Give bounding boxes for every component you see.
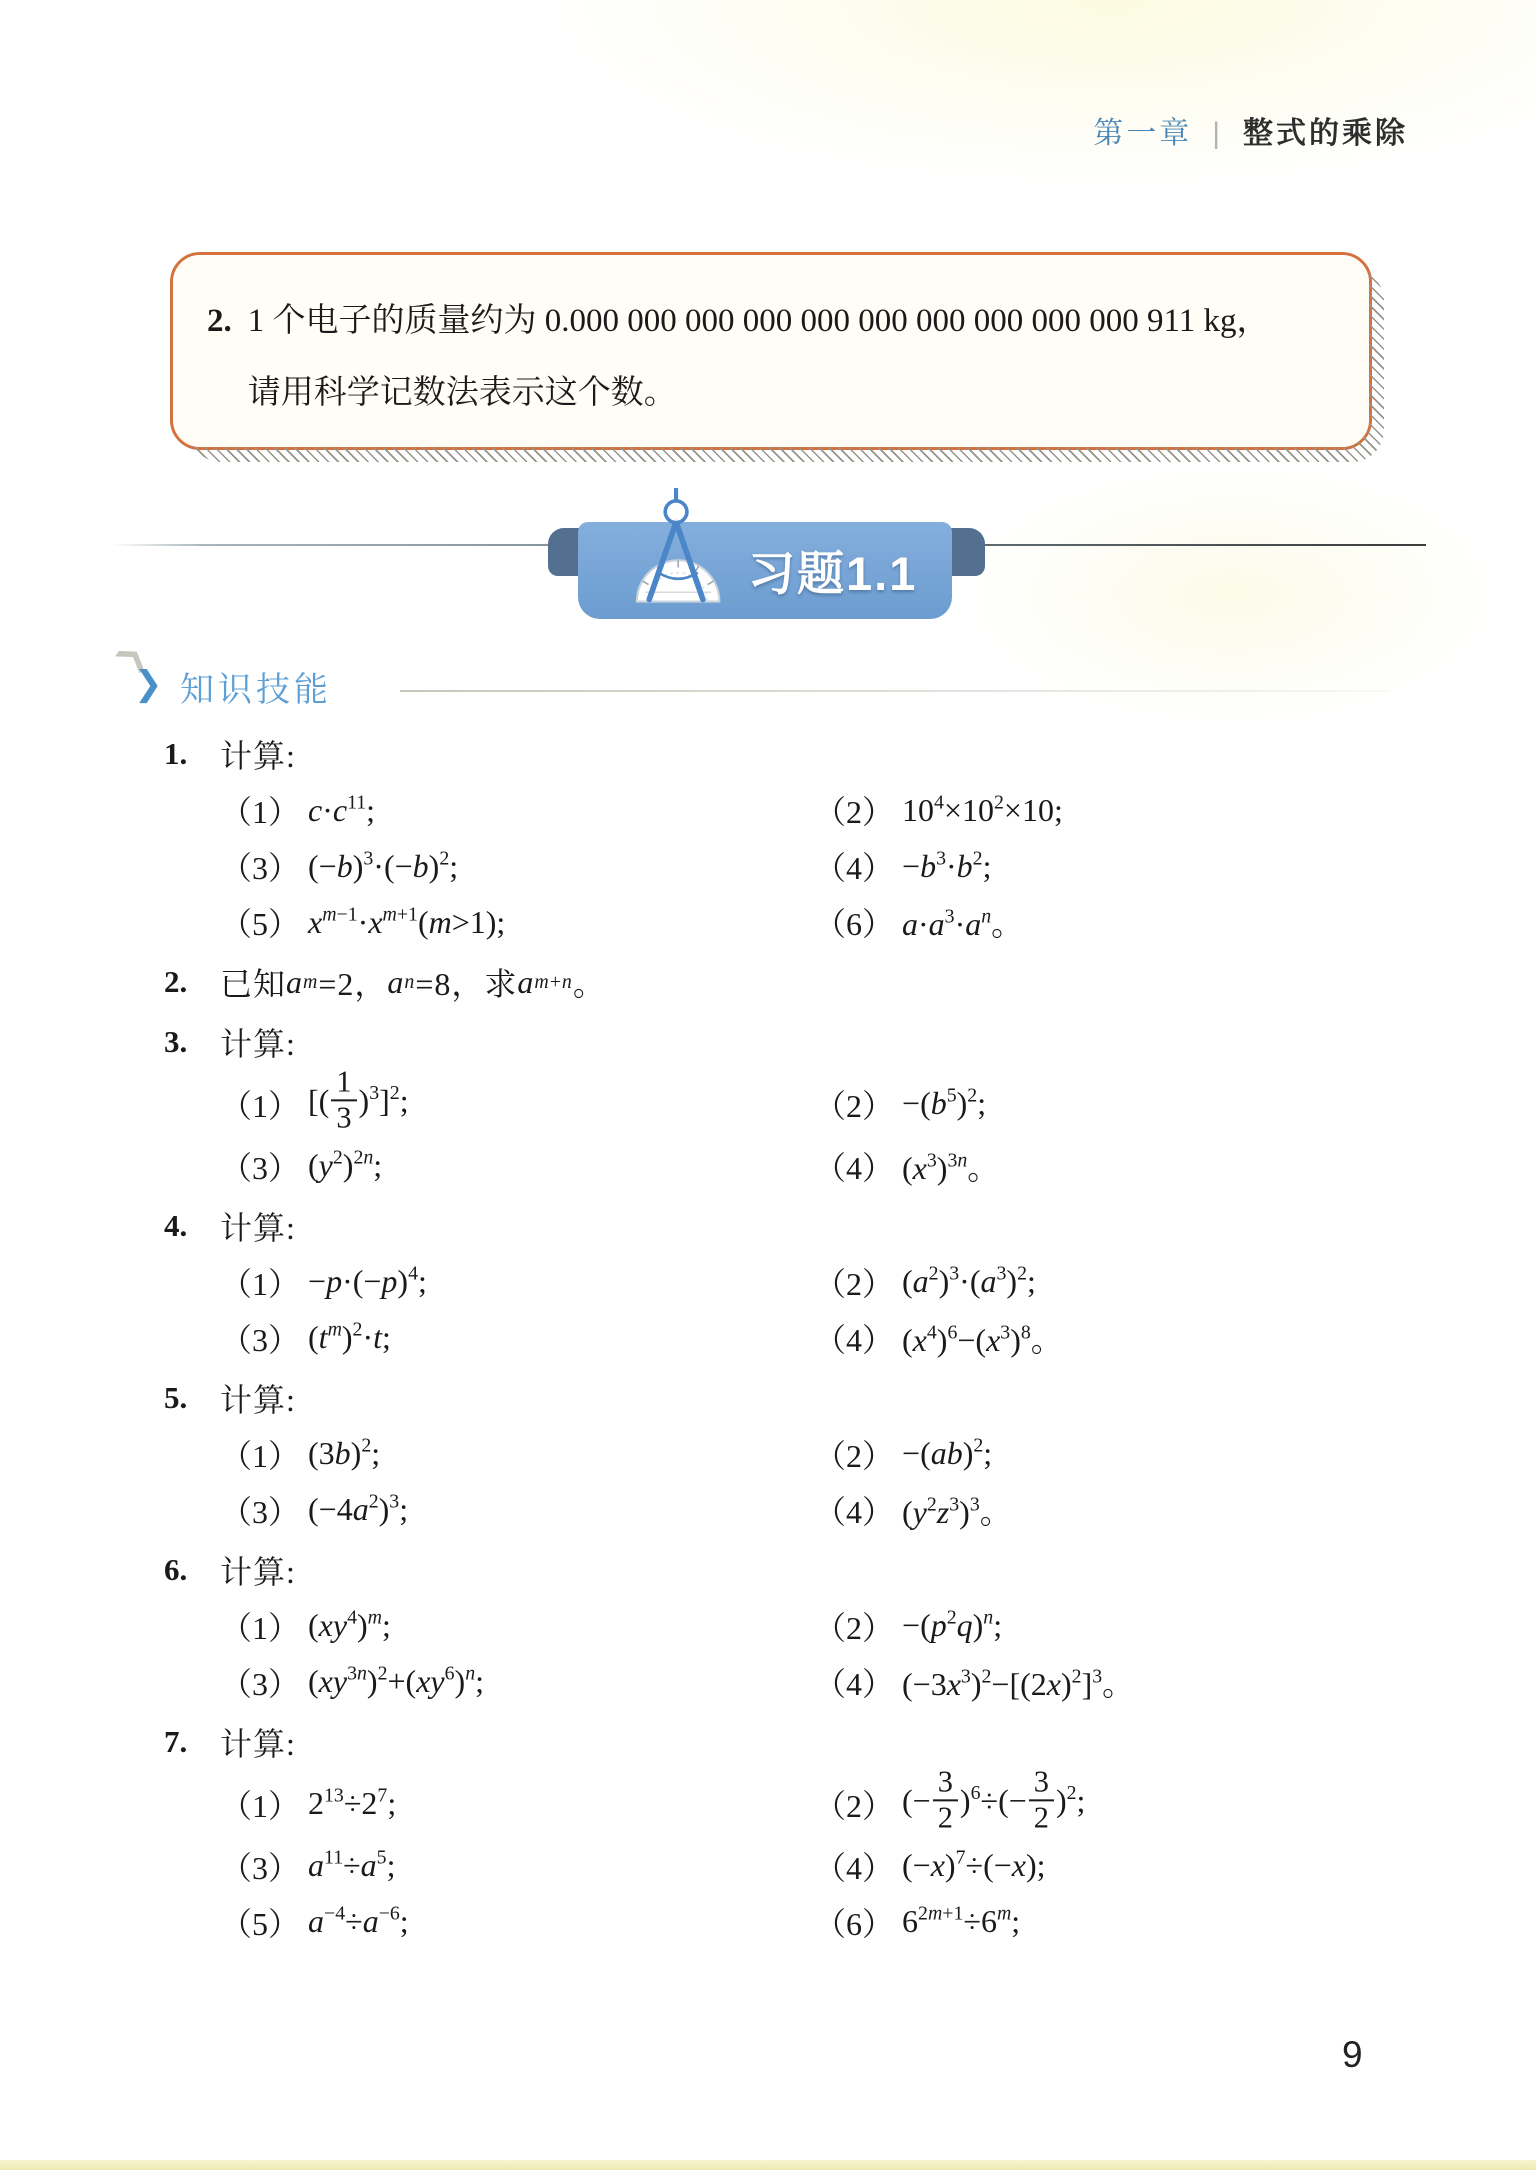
problem-item: （2）104×102×10; xyxy=(814,782,1440,838)
problem-number: 5. xyxy=(164,1370,220,1538)
problem-number: 4. xyxy=(164,1198,220,1366)
item-expression: xm−1·xm+1(m>1); xyxy=(308,904,505,941)
item-number: （6） xyxy=(814,1899,894,1945)
problem-item: （4）(y2z3)3。 xyxy=(814,1482,1440,1538)
item-expression: −(p2q)n; xyxy=(902,1607,1002,1644)
problem-box-text: 1 个电子的质量约为 0.000 000 000 000 000 000 000… xyxy=(248,285,1270,447)
problem-stem: 已知 am=2，an=8，求 am+n。 xyxy=(220,954,1440,1010)
problem-item: （1）c·c11; xyxy=(220,782,814,838)
problem-7: 7.计算:（1）213÷27;（2）(−32)6÷(−32)2;（3）a11÷a… xyxy=(164,1714,1440,1950)
item-expression: (tm)2·t; xyxy=(308,1319,391,1356)
problem-item: （4）(x4)6−(x3)8。 xyxy=(814,1310,1440,1366)
problem-item: （3）a11÷a5; xyxy=(220,1838,814,1894)
item-expression: a11÷a5; xyxy=(308,1847,395,1884)
problem-item: （2）−(ab)2; xyxy=(814,1426,1440,1482)
problem-body: 计算:（1）[(13)3]2;（2）−(b5)2;（3）(y2)2n;（4）(x… xyxy=(220,1014,1440,1194)
item-number: （1） xyxy=(220,1603,300,1649)
problems-list: 1.计算:（1）c·c11;（2）104×102×10;（3）(−b)3·(−b… xyxy=(164,726,1440,1954)
problem-item: （1）213÷27; xyxy=(220,1770,814,1838)
problem-item: （3）(−b)3·(−b)2; xyxy=(220,838,814,894)
item-number: （4） xyxy=(814,1143,894,1189)
problem-item: （2）(−32)6÷(−32)2; xyxy=(814,1770,1440,1838)
exercise-banner: 习题1.1 xyxy=(0,468,1536,653)
problem-stem: 计算: xyxy=(220,1542,1440,1598)
item-expression: (−32)6÷(−32)2; xyxy=(902,1770,1085,1838)
problem-stem: 计算: xyxy=(220,1014,1440,1070)
section-title: 知识技能 xyxy=(180,662,332,711)
problem-body: 计算:（1）213÷27;（2）(−32)6÷(−32)2;（3）a11÷a5;… xyxy=(220,1714,1440,1950)
problem-box-line2: 请用科学记数法表示这个数。 xyxy=(248,357,1270,429)
problem-item: （2）(a2)3·(a3)2; xyxy=(814,1254,1440,1310)
problem-item: （1）(xy4)m; xyxy=(220,1598,814,1654)
item-expression: 104×102×10; xyxy=(902,792,1063,829)
page-bottom-edge xyxy=(0,2160,1536,2170)
item-expression: 62m+1÷6m; xyxy=(902,1903,1020,1940)
item-number: （1） xyxy=(220,1781,300,1827)
problem-number: 7. xyxy=(164,1714,220,1950)
problem-number: 6. xyxy=(164,1542,220,1710)
problem-stem: 计算: xyxy=(220,1714,1440,1770)
problem-item: （3）(−4a2)3; xyxy=(220,1482,814,1538)
problem-5: 5.计算:（1）(3b)2;（2）−(ab)2;（3）(−4a2)3;（4）(y… xyxy=(164,1370,1440,1538)
problem-item: （2）−(b5)2; xyxy=(814,1070,1440,1138)
item-expression: (−3x3)2−[(2x)2]3。 xyxy=(902,1659,1134,1705)
problem-items: （1）c·c11;（2）104×102×10;（3）(−b)3·(−b)2;（4… xyxy=(220,782,1440,950)
problem-item: （3）(tm)2·t; xyxy=(220,1310,814,1366)
page-number: 9 xyxy=(1342,2034,1363,2076)
problem-body: 计算:（1）(3b)2;（2）−(ab)2;（3）(−4a2)3;（4）(y2z… xyxy=(220,1370,1440,1538)
item-number: （3） xyxy=(220,1659,300,1705)
item-expression: (−4a2)3; xyxy=(308,1491,408,1528)
item-expression: (a2)3·(a3)2; xyxy=(902,1263,1036,1300)
problem-item: （3）(xy3n)2+(xy6)n; xyxy=(220,1654,814,1710)
item-number: （2） xyxy=(814,1081,894,1127)
problem-item: （5）xm−1·xm+1(m>1); xyxy=(220,894,814,950)
item-expression: (x3)3n。 xyxy=(902,1143,999,1189)
problem-item: （5）a−4÷a−6; xyxy=(220,1894,814,1950)
problem-items: （1）(xy4)m;（2）−(p2q)n;（3）(xy3n)2+(xy6)n;（… xyxy=(220,1598,1440,1710)
item-expression: 213÷27; xyxy=(308,1785,396,1822)
item-expression: (−x)7÷(−x); xyxy=(902,1847,1046,1884)
item-number: （2） xyxy=(814,1781,894,1827)
problem-box-number: 2. xyxy=(207,285,232,447)
problem-stem: 计算: xyxy=(220,1198,1440,1254)
problem-items: （1）(3b)2;（2）−(ab)2;（3）(−4a2)3;（4）(y2z3)3… xyxy=(220,1426,1440,1538)
item-expression: (x4)6−(x3)8。 xyxy=(902,1315,1063,1361)
chapter-number: 第一章 xyxy=(1093,117,1192,150)
item-expression: [(13)3]2; xyxy=(308,1070,409,1138)
problem-stem: 计算: xyxy=(220,1370,1440,1426)
item-number: （1） xyxy=(220,787,300,833)
item-expression: (y2z3)3。 xyxy=(902,1487,1012,1533)
item-number: （1） xyxy=(220,1081,300,1127)
problem-item: （4）(−3x3)2−[(2x)2]3。 xyxy=(814,1654,1440,1710)
problem-item: （1）−p·(−p)4; xyxy=(220,1254,814,1310)
section-underline xyxy=(400,690,1390,692)
problem-1: 1.计算:（1）c·c11;（2）104×102×10;（3）(−b)3·(−b… xyxy=(164,726,1440,950)
item-number: （3） xyxy=(220,1143,300,1189)
problem-box: 2. 1 个电子的质量约为 0.000 000 000 000 000 000 … xyxy=(170,252,1372,450)
item-number: （4） xyxy=(814,1315,894,1361)
item-expression: −(b5)2; xyxy=(902,1085,986,1122)
problem-number: 1. xyxy=(164,726,220,950)
problem-body: 已知 am=2，an=8，求 am+n。 xyxy=(220,954,1440,1010)
problem-item: （1）[(13)3]2; xyxy=(220,1070,814,1138)
chapter-header: 第一章|整式的乘除 xyxy=(1093,108,1408,152)
item-number: （4） xyxy=(814,1843,894,1889)
item-number: （1） xyxy=(220,1259,300,1305)
problem-item: （4）−b3·b2; xyxy=(814,838,1440,894)
problem-2: 2.已知 am=2，an=8，求 am+n。 xyxy=(164,954,1440,1010)
textbook-page: 第一章|整式的乘除 2. 1 个电子的质量约为 0.000 000 000 00… xyxy=(0,0,1536,2170)
problem-number: 2. xyxy=(164,954,220,1010)
problem-stem: 计算: xyxy=(220,726,1440,782)
problem-items: （1）213÷27;（2）(−32)6÷(−32)2;（3）a11÷a5;（4）… xyxy=(220,1770,1440,1950)
problem-4: 4.计算:（1）−p·(−p)4;（2）(a2)3·(a3)2;（3）(tm)2… xyxy=(164,1198,1440,1366)
item-number: （2） xyxy=(814,1259,894,1305)
item-number: （4） xyxy=(814,1487,894,1533)
item-expression: (3b)2; xyxy=(308,1435,380,1472)
problem-item: （4）(x3)3n。 xyxy=(814,1138,1440,1194)
item-expression: (xy3n)2+(xy6)n; xyxy=(308,1663,484,1700)
item-expression: (−b)3·(−b)2; xyxy=(308,848,458,885)
item-number: （3） xyxy=(220,843,300,889)
problem-6: 6.计算:（1）(xy4)m;（2）−(p2q)n;（3）(xy3n)2+(xy… xyxy=(164,1542,1440,1710)
item-number: （3） xyxy=(220,1315,300,1361)
item-number: （5） xyxy=(220,1899,300,1945)
banner-body: 习题1.1 xyxy=(578,522,952,619)
item-expression: −(ab)2; xyxy=(902,1435,992,1472)
problem-item: （4）(−x)7÷(−x); xyxy=(814,1838,1440,1894)
banner-title: 习题1.1 xyxy=(748,537,917,604)
item-number: （4） xyxy=(814,843,894,889)
problem-body: 计算:（1）−p·(−p)4;（2）(a2)3·(a3)2;（3）(tm)2·t… xyxy=(220,1198,1440,1366)
item-number: （2） xyxy=(814,1603,894,1649)
section-header: ❯ ❯ 知识技能 xyxy=(116,660,1420,716)
item-number: （6） xyxy=(814,899,894,945)
problem-body: 计算:（1）c·c11;（2）104×102×10;（3）(−b)3·(−b)2… xyxy=(220,726,1440,950)
item-expression: a·a3·an。 xyxy=(902,899,1023,945)
item-expression: −p·(−p)4; xyxy=(308,1263,427,1300)
problem-box-content: 2. 1 个电子的质量约为 0.000 000 000 000 000 000 … xyxy=(173,255,1369,447)
item-expression: −b3·b2; xyxy=(902,848,991,885)
problem-item: （1）(3b)2; xyxy=(220,1426,814,1482)
chevron-icon: ❯ xyxy=(134,664,163,704)
item-number: （3） xyxy=(220,1487,300,1533)
problem-items: （1）−p·(−p)4;（2）(a2)3·(a3)2;（3）(tm)2·t;（4… xyxy=(220,1254,1440,1366)
problem-number: 3. xyxy=(164,1014,220,1194)
header-divider: | xyxy=(1212,117,1223,150)
item-number: （5） xyxy=(220,899,300,945)
item-expression: (y2)2n; xyxy=(308,1147,382,1184)
item-number: （4） xyxy=(814,1659,894,1705)
problem-items: （1）[(13)3]2;（2）−(b5)2;（3）(y2)2n;（4）(x3)3… xyxy=(220,1070,1440,1194)
problem-item: （3）(y2)2n; xyxy=(220,1138,814,1194)
problem-item: （6）62m+1÷6m; xyxy=(814,1894,1440,1950)
chapter-title: 整式的乘除 xyxy=(1243,117,1408,150)
item-expression: c·c11; xyxy=(308,792,375,829)
problem-body: 计算:（1）(xy4)m;（2）−(p2q)n;（3）(xy3n)2+(xy6)… xyxy=(220,1542,1440,1710)
item-expression: (xy4)m; xyxy=(308,1607,391,1644)
item-number: （3） xyxy=(220,1843,300,1889)
item-number: （2） xyxy=(814,787,894,833)
problem-item: （2）−(p2q)n; xyxy=(814,1598,1440,1654)
item-number: （2） xyxy=(814,1431,894,1477)
item-expression: a−4÷a−6; xyxy=(308,1903,409,1940)
problem-3: 3.计算:（1）[(13)3]2;（2）−(b5)2;（3）(y2)2n;（4）… xyxy=(164,1014,1440,1194)
problem-item: （6）a·a3·an。 xyxy=(814,894,1440,950)
problem-box-line1: 1 个电子的质量约为 0.000 000 000 000 000 000 000… xyxy=(248,285,1270,357)
compass-protractor-icon xyxy=(624,486,724,616)
item-number: （1） xyxy=(220,1431,300,1477)
